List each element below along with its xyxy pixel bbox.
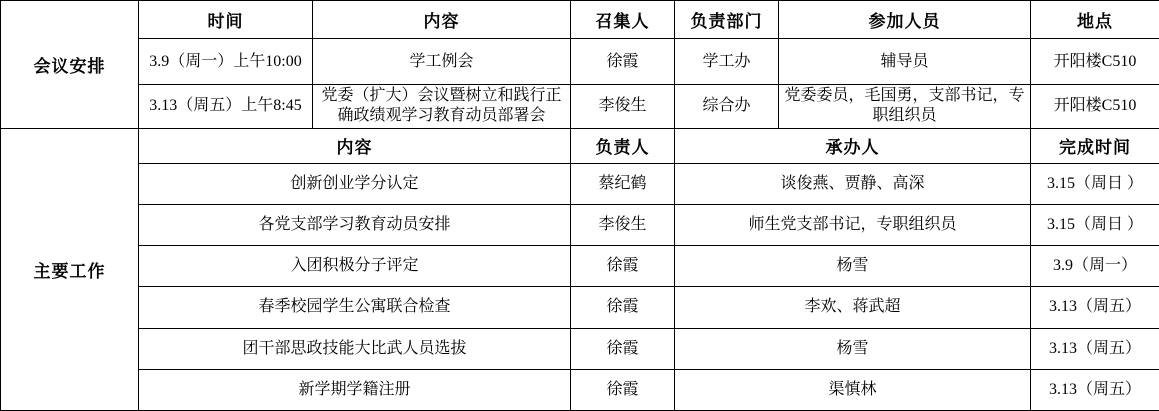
schedule-table: 会议安排 时间 内容 召集人 负责部门 参加人员 地点 3.9（周一）上午10:… xyxy=(0,0,1159,411)
col-header-content: 内容 xyxy=(313,1,571,39)
cell-task-lead: 徐霞 xyxy=(571,369,675,410)
cell-meeting-content: 党委（扩大）会议暨树立和践行正确政绩观学习教育动员部署会 xyxy=(313,85,571,128)
cell-task-deadline: 3.13（周五） xyxy=(1031,369,1159,410)
task-row: 团干部思政技能大比武人员选拔 徐霞 杨雪 3.13（周五） xyxy=(1,328,1159,369)
cell-meeting-location: 开阳楼C510 xyxy=(1031,39,1159,85)
cell-task-undertaker: 师生党支部书记，专职组织员 xyxy=(675,204,1031,245)
cell-task-undertaker: 杨雪 xyxy=(675,246,1031,287)
col-header-lead: 负责人 xyxy=(571,128,675,163)
meeting-row: 3.13（周五）上午8:45 党委（扩大）会议暨树立和践行正确政绩观学习教育动员… xyxy=(1,85,1159,128)
cell-task-undertaker: 渠慎林 xyxy=(675,369,1031,410)
cell-task-content: 新学期学籍注册 xyxy=(139,369,571,410)
col-header-convener: 召集人 xyxy=(571,1,675,39)
cell-task-lead: 徐霞 xyxy=(571,328,675,369)
cell-task-deadline: 3.15（周日 ） xyxy=(1031,163,1159,204)
col-header-time: 时间 xyxy=(139,1,313,39)
tasks-header-row: 主要工作 内容 负责人 承办人 完成时间 xyxy=(1,128,1159,163)
cell-task-content: 团干部思政技能大比武人员选拔 xyxy=(139,328,571,369)
col-header-department: 负责部门 xyxy=(675,1,779,39)
schedule-document: 会议安排 时间 内容 召集人 负责部门 参加人员 地点 3.9（周一）上午10:… xyxy=(0,0,1159,411)
cell-task-lead: 徐霞 xyxy=(571,287,675,328)
meeting-row: 3.9（周一）上午10:00 学工例会 徐霞 学工办 辅导员 开阳楼C510 xyxy=(1,39,1159,85)
task-row: 创新创业学分认定 蔡纪鹤 谈俊燕、贾静、高深 3.15（周日 ） xyxy=(1,163,1159,204)
cell-task-content: 春季校园学生公寓联合检查 xyxy=(139,287,571,328)
cell-task-deadline: 3.13（周五） xyxy=(1031,287,1159,328)
cell-meeting-participants: 辅导员 xyxy=(779,39,1031,85)
cell-task-deadline: 3.15（周日 ） xyxy=(1031,204,1159,245)
cell-meeting-time: 3.9（周一）上午10:00 xyxy=(139,39,313,85)
cell-task-content: 各党支部学习教育动员安排 xyxy=(139,204,571,245)
section-label-main-work: 主要工作 xyxy=(1,128,139,410)
cell-task-deadline: 3.9（周一） xyxy=(1031,246,1159,287)
task-row: 各党支部学习教育动员安排 李俊生 师生党支部书记，专职组织员 3.15（周日 ） xyxy=(1,204,1159,245)
cell-task-content: 创新创业学分认定 xyxy=(139,163,571,204)
cell-meeting-department: 综合办 xyxy=(675,85,779,128)
cell-task-lead: 徐霞 xyxy=(571,246,675,287)
task-row: 新学期学籍注册 徐霞 渠慎林 3.13（周五） xyxy=(1,369,1159,410)
cell-meeting-department: 学工办 xyxy=(675,39,779,85)
cell-task-undertaker: 杨雪 xyxy=(675,328,1031,369)
col-header-participants: 参加人员 xyxy=(779,1,1031,39)
cell-task-content: 入团积极分子评定 xyxy=(139,246,571,287)
cell-meeting-convener: 徐霞 xyxy=(571,39,675,85)
col-header-deadline: 完成时间 xyxy=(1031,128,1159,163)
cell-meeting-time: 3.13（周五）上午8:45 xyxy=(139,85,313,128)
cell-task-deadline: 3.13（周五） xyxy=(1031,328,1159,369)
cell-meeting-participants: 党委委员，毛国勇，支部书记，专职组织员 xyxy=(779,85,1031,128)
cell-meeting-content: 学工例会 xyxy=(313,39,571,85)
meetings-header-row: 会议安排 时间 内容 召集人 负责部门 参加人员 地点 xyxy=(1,1,1159,39)
cell-task-undertaker: 谈俊燕、贾静、高深 xyxy=(675,163,1031,204)
cell-meeting-location: 开阳楼C510 xyxy=(1031,85,1159,128)
col-header-task-content: 内容 xyxy=(139,128,571,163)
section-label-meetings: 会议安排 xyxy=(1,1,139,129)
col-header-location: 地点 xyxy=(1031,1,1159,39)
task-row: 入团积极分子评定 徐霞 杨雪 3.9（周一） xyxy=(1,246,1159,287)
cell-task-lead: 李俊生 xyxy=(571,204,675,245)
cell-meeting-convener: 李俊生 xyxy=(571,85,675,128)
col-header-undertaker: 承办人 xyxy=(675,128,1031,163)
cell-task-lead: 蔡纪鹤 xyxy=(571,163,675,204)
task-row: 春季校园学生公寓联合检查 徐霞 李欢、蒋武超 3.13（周五） xyxy=(1,287,1159,328)
cell-task-undertaker: 李欢、蒋武超 xyxy=(675,287,1031,328)
